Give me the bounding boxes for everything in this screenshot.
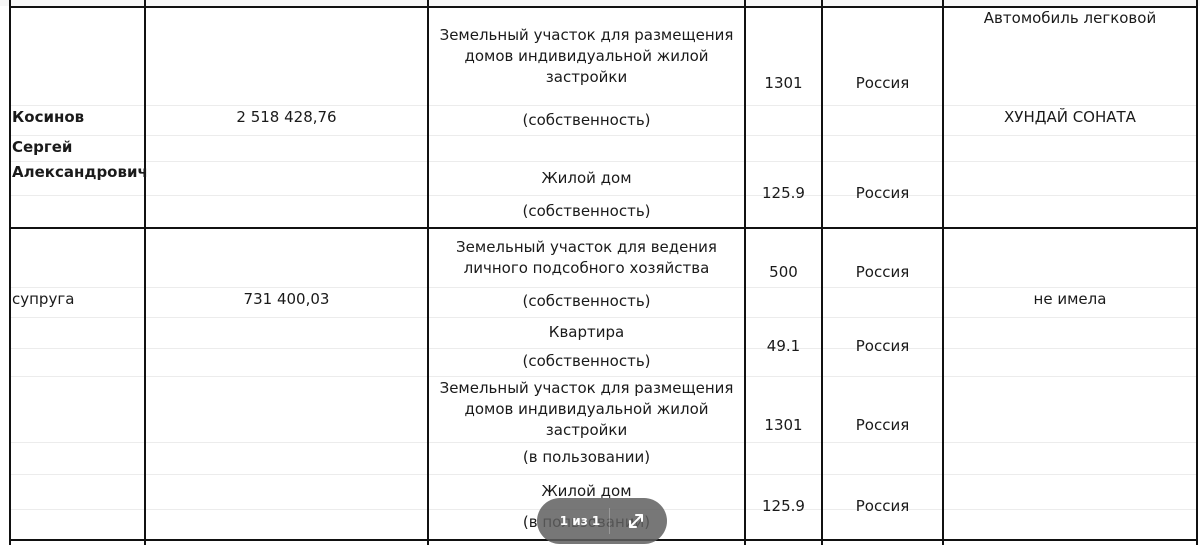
property-area: 1301 xyxy=(746,415,821,436)
property-area: 500 xyxy=(746,262,821,283)
property-country: Россия xyxy=(823,496,942,517)
property-ownership: (собственность) xyxy=(429,110,744,131)
property-type-line: домов индивидуальной жилой xyxy=(429,399,744,420)
row-border xyxy=(9,227,1198,229)
property-area: 125.9 xyxy=(746,183,821,204)
property-area: 125.9 xyxy=(746,496,821,517)
income-value: 731 400,03 xyxy=(146,289,427,310)
property-country: Россия xyxy=(823,73,942,94)
grid-line xyxy=(11,287,1196,288)
grid-line xyxy=(11,135,1196,136)
grid-line xyxy=(11,348,1196,349)
property-country: Россия xyxy=(823,336,942,357)
property-type-line: Земельный участок для ведения xyxy=(429,237,744,258)
column-border xyxy=(942,0,944,545)
page-counter: 1 из 1 xyxy=(551,512,609,530)
grid-line xyxy=(11,376,1196,377)
property-type-line: домов индивидуальной жилой xyxy=(429,46,744,67)
property-area: 1301 xyxy=(746,73,821,94)
divider xyxy=(609,508,610,534)
property-ownership: (собственность) xyxy=(429,351,744,372)
property-type-line: Земельный участок для размещения xyxy=(429,25,744,46)
grid-line xyxy=(11,161,1196,162)
property-ownership: (собственность) xyxy=(429,201,744,222)
property-type-line: Жилой дом xyxy=(429,168,744,189)
vehicle-none: не имела xyxy=(944,289,1196,310)
person-first-name: Сергей xyxy=(12,137,72,158)
property-type-line: личного подсобного хозяйства xyxy=(429,258,744,279)
column-border xyxy=(1196,0,1198,545)
property-type-line: застройки xyxy=(429,420,744,441)
declaration-table: Косинов Сергей Александрович 2 518 428,7… xyxy=(0,0,1200,545)
vehicle-model: ХУНДАЙ СОНАТА xyxy=(944,107,1196,128)
property-country: Россия xyxy=(823,183,942,204)
property-country: Россия xyxy=(823,415,942,436)
grid-line xyxy=(11,474,1196,475)
property-type-line: Земельный участок для размещения xyxy=(429,378,744,399)
grid-line xyxy=(11,317,1196,318)
vehicle-type: Автомобиль легковой xyxy=(944,8,1196,29)
grid-line xyxy=(11,442,1196,443)
property-area: 49.1 xyxy=(746,336,821,357)
property-country: Россия xyxy=(823,262,942,283)
person-relation: супруга xyxy=(12,289,74,310)
column-border xyxy=(9,0,11,545)
grid-line xyxy=(11,195,1196,196)
income-value: 2 518 428,76 xyxy=(146,107,427,128)
property-type-line: Квартира xyxy=(429,322,744,343)
property-type-line: застройки xyxy=(429,67,744,88)
property-ownership: (собственность) xyxy=(429,291,744,312)
person-patronymic: Александрович xyxy=(12,162,148,183)
page-viewer-control[interactable]: 1 из 1 xyxy=(537,498,667,544)
grid-line xyxy=(11,105,1196,106)
property-ownership: (в пользовании) xyxy=(429,447,744,468)
expand-arrows-icon[interactable] xyxy=(624,509,648,533)
person-last-name: Косинов xyxy=(12,107,84,128)
column-border xyxy=(144,0,146,545)
